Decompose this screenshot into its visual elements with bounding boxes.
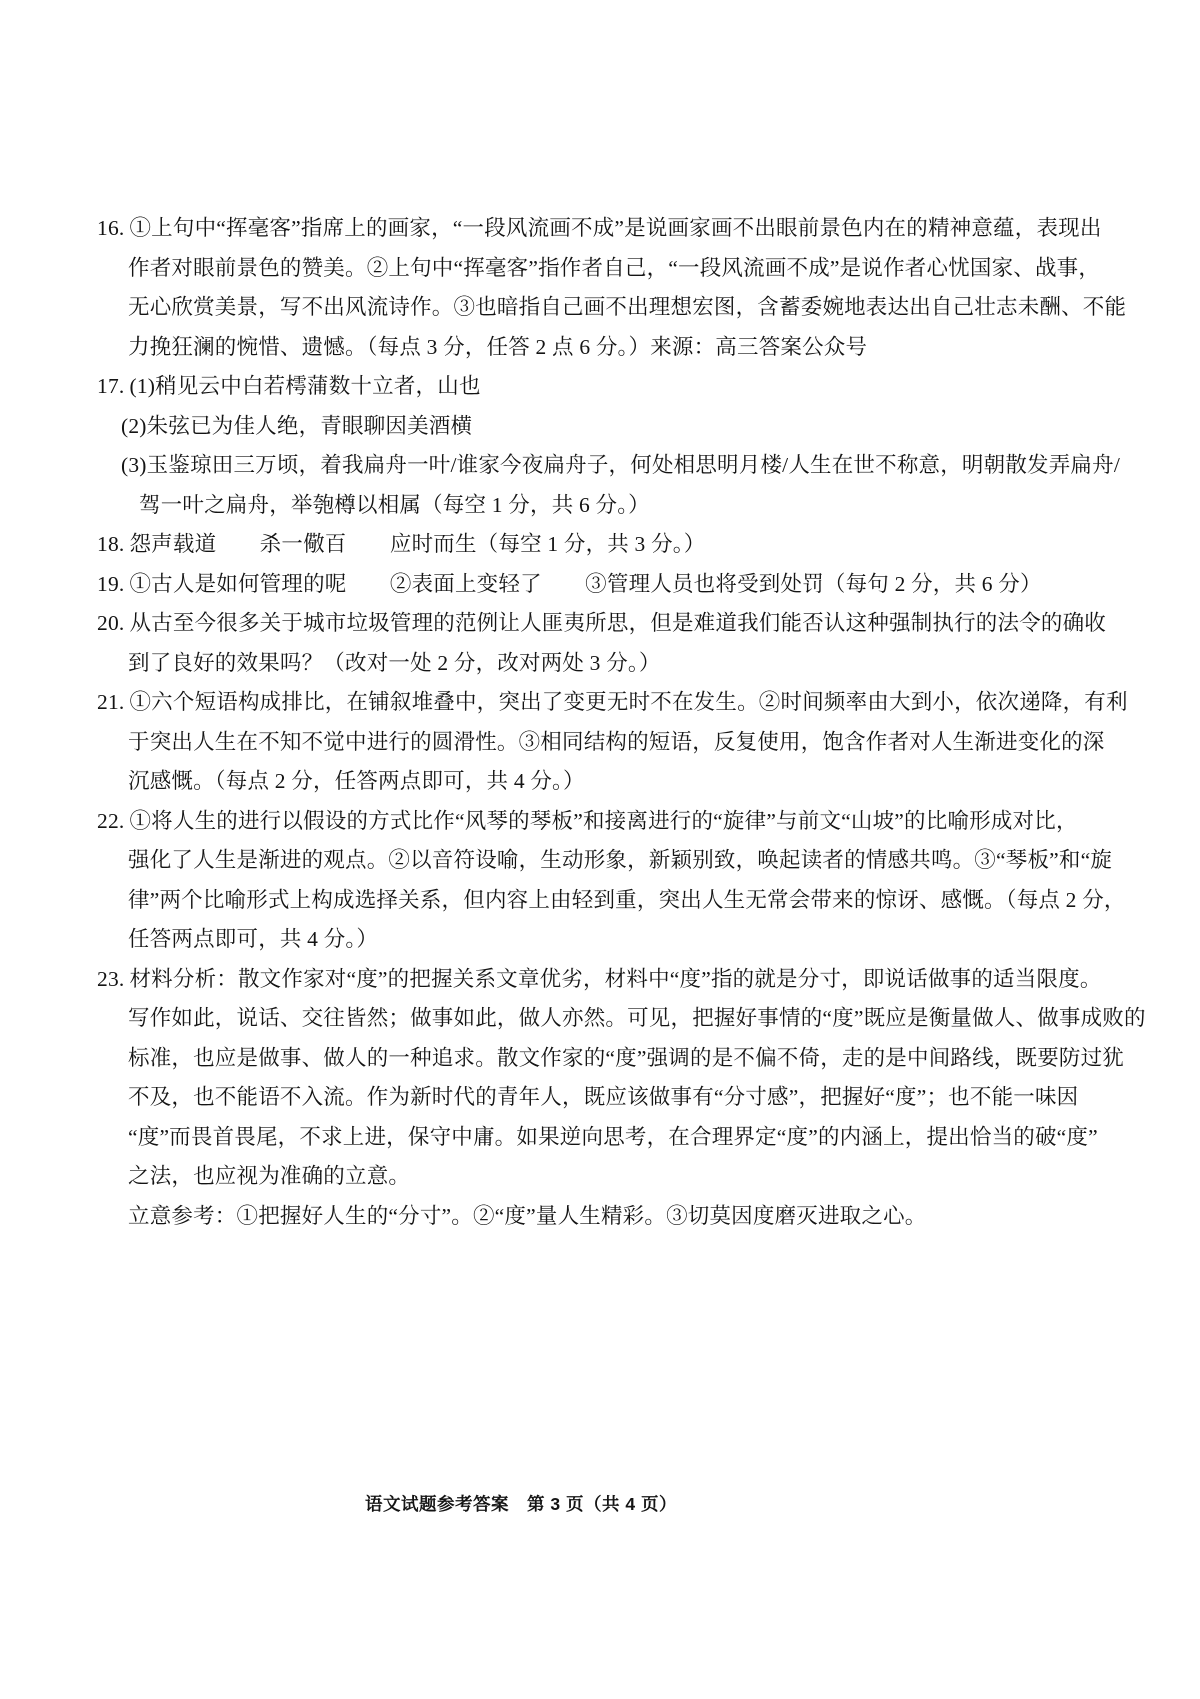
line-text: 驾一叶之扁舟，举匏樽以相属（每空 1 分，共 6 分。）: [139, 493, 650, 517]
line-text: 不及，也不能语不入流。作为新时代的青年人，既应该做事有“分寸感”，把握好“度”；…: [128, 1085, 1078, 1109]
answer-line-23-2: 写作如此，说话、交往皆然；做事如此，做人亦然。可见，把握好事情的“度”既应是衡量…: [97, 999, 1111, 1039]
line-text: 到了良好的效果吗？（改对一处 2 分，改对两处 3 分。）: [128, 651, 661, 675]
line-text: 律”两个比喻形式上构成选择关系，但内容上由轻到重，突出人生无常会带来的惊讶、感慨…: [128, 888, 1126, 912]
line-text: (2)朱弦已为佳人绝，青眼聊因美酒横: [121, 414, 472, 438]
line-text: 之法，也应视为准确的立意。: [128, 1164, 410, 1188]
answer-line-23-1: 23.材料分析：散文作家对“度”的把握关系文章优劣，材料中“度”指的就是分寸，即…: [97, 960, 1111, 1000]
item-number-22: 22.: [97, 809, 124, 833]
line-text: (3)玉鉴琼田三万顷，着我扁舟一叶/谁家今夜扁舟子，何处相思明月楼/人生在世不称…: [121, 453, 1120, 477]
answer-line-17-1: 17.(1)稍见云中白若樗蒲数十立者，山也: [97, 367, 1111, 407]
answer-line-16-4: 力挽狂澜的惋惜、遗憾。（每点 3 分，任答 2 点 6 分。）来源：高三答案公众…: [97, 328, 1111, 368]
answer-line-23-5: “度”而畏首畏尾，不求上进，保守中庸。如果逆向思考，在合理界定“度”的内涵上，提…: [97, 1118, 1111, 1158]
line-text: 于突出人生在不知不觉中进行的圆滑性。③相同结构的短语，反复使用，饱含作者对人生渐…: [128, 730, 1105, 754]
answer-line-23-6: 之法，也应视为准确的立意。: [97, 1157, 1111, 1197]
line-text: “度”而畏首畏尾，不求上进，保守中庸。如果逆向思考，在合理界定“度”的内涵上，提…: [128, 1125, 1098, 1149]
line-text: (1)稍见云中白若樗蒲数十立者，山也: [129, 374, 480, 398]
line-text: ①古人是如何管理的呢 ②表面上变轻了 ③管理人员也将受到处罚（每句 2 分，共 …: [129, 572, 1041, 596]
answer-line-17-4: 驾一叶之扁舟，举匏樽以相属（每空 1 分，共 6 分。）: [97, 486, 1111, 526]
line-text: ①将人生的进行以假设的方式比作“风琴的琴板”和接离进行的“旋律”与前文“山坡”的…: [129, 809, 1077, 833]
line-text: ①上句中“挥毫客”指席上的画家，“一段风流画不成”是说画家画不出眼前景色内在的精…: [129, 216, 1101, 240]
line-text: 怨声载道 杀一儆百 应时而生（每空 1 分，共 3 分。）: [129, 532, 705, 556]
answer-line-23-7: 立意参考：①把握好人生的“分寸”。②“度”量人生精彩。③切莫因度磨灭进取之心。: [97, 1197, 1111, 1237]
item-number-19: 19.: [97, 572, 124, 596]
answer-line-21-3: 沉感慨。（每点 2 分，任答两点即可，共 4 分。）: [97, 762, 1111, 802]
line-text: ①六个短语构成排比，在铺叙堆叠中，突出了变更无时不在发生。②时间频率由大到小，依…: [129, 690, 1127, 714]
item-number-21: 21.: [97, 690, 124, 714]
answers-content: 16.①上句中“挥毫客”指席上的画家，“一段风流画不成”是说画家画不出眼前景色内…: [97, 209, 1111, 1236]
answer-line-16-1: 16.①上句中“挥毫客”指席上的画家，“一段风流画不成”是说画家画不出眼前景色内…: [97, 209, 1111, 249]
answer-line-22-1: 22.①将人生的进行以假设的方式比作“风琴的琴板”和接离进行的“旋律”与前文“山…: [97, 802, 1111, 842]
answer-line-16-3: 无心欣赏美景，写不出风流诗作。③也暗指自己画不出理想宏图，含蓄委婉地表达出自己壮…: [97, 288, 1111, 328]
answer-line-19: 19.①古人是如何管理的呢 ②表面上变轻了 ③管理人员也将受到处罚（每句 2 分…: [97, 565, 1111, 605]
item-number-17: 17.: [97, 374, 124, 398]
answer-line-20-2: 到了良好的效果吗？（改对一处 2 分，改对两处 3 分。）: [97, 644, 1111, 684]
answer-line-17-2: (2)朱弦已为佳人绝，青眼聊因美酒横: [97, 407, 1111, 447]
answer-line-17-3: (3)玉鉴琼田三万顷，着我扁舟一叶/谁家今夜扁舟子，何处相思明月楼/人生在世不称…: [97, 446, 1111, 486]
line-text: 标准，也应是做事、做人的一种追求。散文作家的“度”强调的是不偏不倚，走的是中间路…: [128, 1046, 1124, 1070]
item-number-18: 18.: [97, 532, 124, 556]
line-text: 材料分析：散文作家对“度”的把握关系文章优劣，材料中“度”指的就是分寸，即说话做…: [129, 967, 1101, 991]
answer-line-23-3: 标准，也应是做事、做人的一种追求。散文作家的“度”强调的是不偏不倚，走的是中间路…: [97, 1039, 1111, 1079]
answer-sheet-page: 16.①上句中“挥毫客”指席上的画家，“一段风流画不成”是说画家画不出眼前景色内…: [0, 0, 1200, 1699]
item-number-23: 23.: [97, 967, 124, 991]
line-text: 力挽狂澜的惋惜、遗憾。（每点 3 分，任答 2 点 6 分。）来源：高三答案公众…: [128, 335, 867, 359]
line-text: 沉感慨。（每点 2 分，任答两点即可，共 4 分。）: [128, 769, 585, 793]
line-text: 任答两点即可，共 4 分。）: [128, 927, 378, 951]
answer-line-20-1: 20.从古至今很多关于城市垃圾管理的范例让人匪夷所思，但是难道我们能否认这种强制…: [97, 604, 1111, 644]
line-text: 立意参考：①把握好人生的“分寸”。②“度”量人生精彩。③切莫因度磨灭进取之心。: [128, 1204, 926, 1228]
answer-line-16-2: 作者对眼前景色的赞美。②上句中“挥毫客”指作者自己，“一段风流画不成”是说作者心…: [97, 249, 1111, 289]
answer-line-22-2: 强化了人生是渐进的观点。②以音符设喻，生动形象，新颖别致，唤起读者的情感共鸣。③…: [97, 841, 1111, 881]
item-number-16: 16.: [97, 216, 124, 240]
answer-line-21-2: 于突出人生在不知不觉中进行的圆滑性。③相同结构的短语，反复使用，饱含作者对人生渐…: [97, 723, 1111, 763]
answer-line-22-4: 任答两点即可，共 4 分。）: [97, 920, 1111, 960]
line-text: 写作如此，说话、交往皆然；做事如此，做人亦然。可见，把握好事情的“度”既应是衡量…: [128, 1006, 1146, 1030]
line-text: 从古至今很多关于城市垃圾管理的范例让人匪夷所思，但是难道我们能否认这种强制执行的…: [129, 611, 1106, 635]
line-text: 强化了人生是渐进的观点。②以音符设喻，生动形象，新颖别致，唤起读者的情感共鸣。③…: [128, 848, 1112, 872]
answer-line-21-1: 21.①六个短语构成排比，在铺叙堆叠中，突出了变更无时不在发生。②时间频率由大到…: [97, 683, 1111, 723]
line-text: 无心欣赏美景，写不出风流诗作。③也暗指自己画不出理想宏图，含蓄委婉地表达出自己壮…: [128, 295, 1126, 319]
page-footer: 语文试题参考答案 第 3 页（共 4 页）: [365, 1491, 677, 1516]
line-text: 作者对眼前景色的赞美。②上句中“挥毫客”指作者自己，“一段风流画不成”是说作者心…: [128, 256, 1100, 280]
answer-line-23-4: 不及，也不能语不入流。作为新时代的青年人，既应该做事有“分寸感”，把握好“度”；…: [97, 1078, 1111, 1118]
answer-line-22-3: 律”两个比喻形式上构成选择关系，但内容上由轻到重，突出人生无常会带来的惊讶、感慨…: [97, 881, 1111, 921]
answer-line-18: 18.怨声载道 杀一儆百 应时而生（每空 1 分，共 3 分。）: [97, 525, 1111, 565]
item-number-20: 20.: [97, 611, 124, 635]
